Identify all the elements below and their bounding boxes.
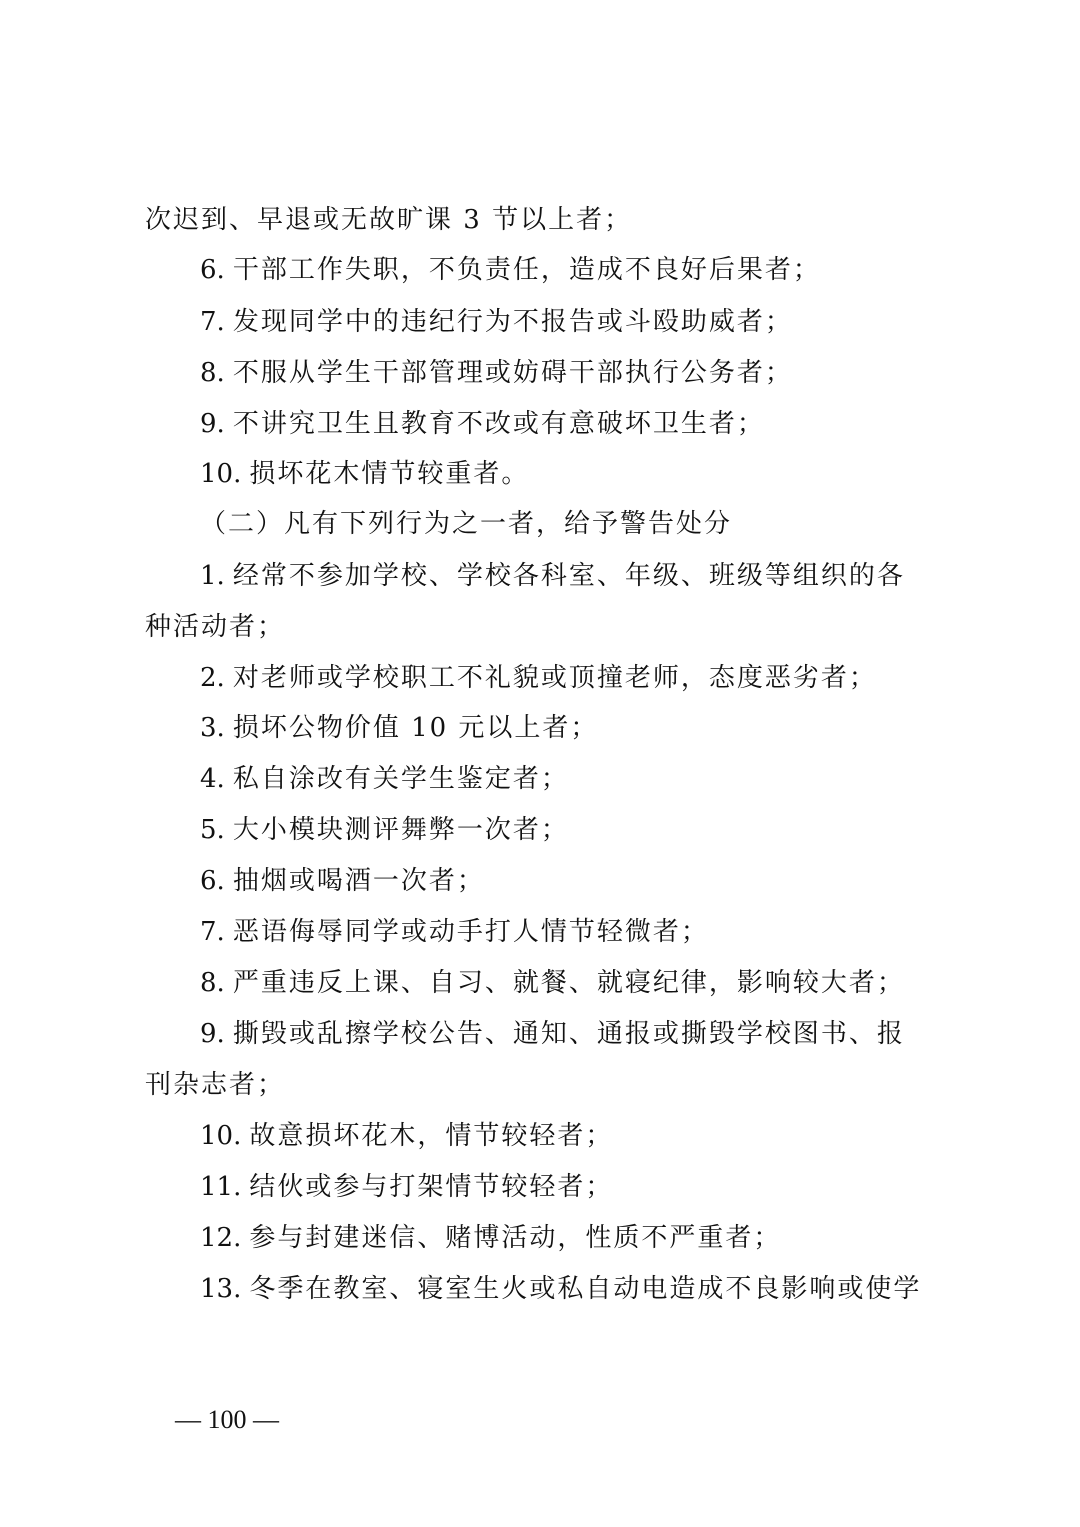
text-line: 种活动者； — [145, 610, 950, 644]
list-item: 5.大小模块测评舞弊一次者； — [200, 813, 1005, 847]
line-text: 冬季在教室、寝室生火或私自动电造成不良影响或使学 — [249, 1274, 921, 1304]
item-number: 8. — [200, 966, 225, 1000]
list-item: 9.撕毁或乱擦学校公告、通知、通报或撕毁学校图书、报 — [200, 1017, 1005, 1051]
list-item: 7.恶语侮辱同学或动手打人情节轻微者； — [200, 915, 1005, 949]
list-item: 11.结伙或参与打架情节较轻者； — [200, 1170, 1005, 1204]
item-number: 12. — [200, 1221, 241, 1255]
line-text: （二）凡有下列行为之一者，给予警告处分 — [200, 509, 732, 539]
line-text: 撕毁或乱擦学校公告、通知、通报或撕毁学校图书、报 — [233, 1019, 905, 1049]
line-text: 种活动者； — [145, 612, 285, 642]
item-number: 1. — [200, 559, 225, 593]
line-text: 经常不参加学校、学校各科室、年级、班级等组织的各 — [233, 561, 905, 591]
item-number: 11. — [200, 1170, 241, 1204]
item-number: 10. — [200, 1119, 241, 1153]
line-text: 结伙或参与打架情节较轻者； — [249, 1172, 613, 1202]
list-item: 12.参与封建迷信、赌博活动，性质不严重者； — [200, 1221, 1005, 1255]
item-number: 9. — [200, 407, 225, 441]
document-page: 次迟到、早退或无故旷课 3 节以上者； 6.干部工作失职，不负责任，造成不良好后… — [0, 0, 1080, 1527]
item-number: 7. — [200, 915, 225, 949]
list-item: 3.损坏公物价值 10 元以上者； — [200, 711, 1005, 745]
line-text: 发现同学中的违纪行为不报告或斗殴助威者； — [233, 307, 793, 337]
line-text: 故意损坏花木，情节较轻者； — [249, 1121, 613, 1151]
line-text: 不讲究卫生且教育不改或有意破坏卫生者； — [233, 409, 765, 439]
list-item: 10.损坏花木情节较重者。 — [200, 457, 1005, 491]
list-item: 8.不服从学生干部管理或妨碍干部执行公务者； — [200, 356, 1005, 390]
page-number: — 100 — — [175, 1403, 279, 1437]
item-number: 3. — [200, 711, 225, 745]
list-item: 8.严重违反上课、自习、就餐、就寝纪律，影响较大者； — [200, 966, 1005, 1000]
line-text: 干部工作失职，不负责任，造成不良好后果者； — [233, 255, 821, 285]
item-number: 5. — [200, 813, 225, 847]
line-text: 参与封建迷信、赌博活动，性质不严重者； — [249, 1223, 781, 1253]
line-text: 刊杂志者； — [145, 1070, 285, 1100]
section-heading: （二）凡有下列行为之一者，给予警告处分 — [200, 507, 1005, 541]
line-text: 大小模块测评舞弊一次者； — [233, 815, 569, 845]
line-text: 次迟到、早退或无故旷课 3 节以上者； — [145, 205, 632, 235]
list-item: 10.故意损坏花木，情节较轻者； — [200, 1119, 1005, 1153]
list-item: 7.发现同学中的违纪行为不报告或斗殴助威者； — [200, 305, 1005, 339]
text-line: 刊杂志者； — [145, 1068, 950, 1102]
line-text: 损坏花木情节较重者。 — [249, 459, 529, 489]
item-number: 8. — [200, 356, 225, 390]
list-item: 6.干部工作失职，不负责任，造成不良好后果者； — [200, 253, 1005, 287]
item-number: 6. — [200, 864, 225, 898]
list-item: 9.不讲究卫生且教育不改或有意破坏卫生者； — [200, 407, 1005, 441]
item-number: 9. — [200, 1017, 225, 1051]
item-number: 4. — [200, 762, 225, 796]
line-text: 抽烟或喝酒一次者； — [233, 866, 485, 896]
line-text: 严重违反上课、自习、就餐、就寝纪律，影响较大者； — [233, 968, 905, 998]
list-item: 13.冬季在教室、寝室生火或私自动电造成不良影响或使学 — [200, 1272, 1005, 1306]
line-text: 损坏公物价值 10 元以上者； — [233, 713, 599, 743]
item-number: 10. — [200, 457, 241, 491]
list-item: 6.抽烟或喝酒一次者； — [200, 864, 1005, 898]
line-text: 恶语侮辱同学或动手打人情节轻微者； — [233, 917, 709, 947]
item-number: 7. — [200, 305, 225, 339]
list-item: 2.对老师或学校职工不礼貌或顶撞老师，态度恶劣者； — [200, 661, 1005, 695]
item-number: 6. — [200, 253, 225, 287]
item-number: 2. — [200, 661, 225, 695]
line-text: 不服从学生干部管理或妨碍干部执行公务者； — [233, 358, 793, 388]
line-text: 私自涂改有关学生鉴定者； — [233, 764, 569, 794]
line-text: 对老师或学校职工不礼貌或顶撞老师，态度恶劣者； — [233, 663, 877, 693]
item-number: 13. — [200, 1272, 241, 1306]
list-item: 1.经常不参加学校、学校各科室、年级、班级等组织的各 — [200, 559, 1005, 593]
text-line: 次迟到、早退或无故旷课 3 节以上者； — [145, 203, 950, 237]
list-item: 4.私自涂改有关学生鉴定者； — [200, 762, 1005, 796]
